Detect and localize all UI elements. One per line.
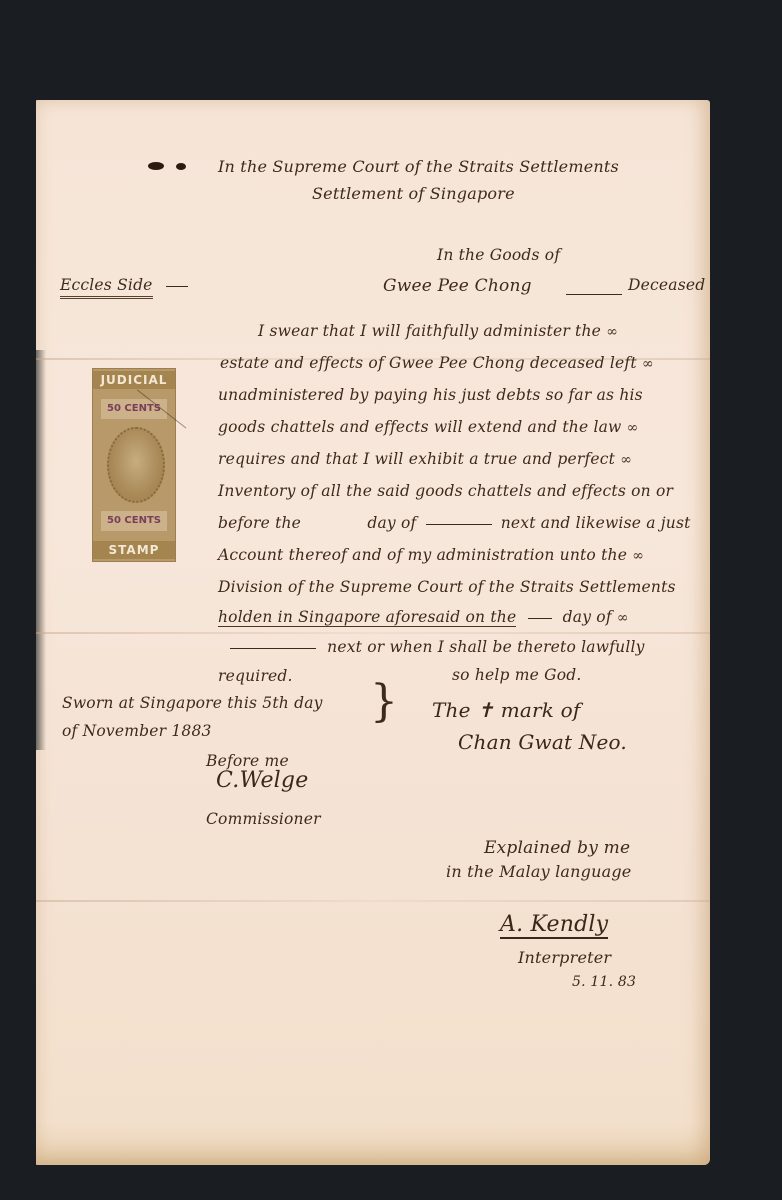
oath-line: Account thereof and of my administration… (218, 546, 644, 564)
court-heading: In the Supreme Court of the Straits Sett… (218, 157, 619, 176)
interpreter-date: 5. 11. 83 (572, 974, 636, 990)
oath-line: next or when I shall be thereto lawfully (230, 638, 645, 656)
oath-line: requires and that I will exhibit a true … (218, 450, 632, 468)
line-filler-icon: ∞ (620, 452, 632, 468)
deceased-name: Gwee Pee Chong (383, 276, 532, 296)
oath-line: estate and effects of Gwee Pee Chong dec… (220, 354, 654, 372)
stamp-top-label: JUDICIAL (93, 371, 175, 389)
judicial-stamp: JUDICIAL 50 CENTS 50 CENTS STAMP (92, 368, 176, 562)
deceased-label: Deceased (628, 276, 705, 294)
fold-line (36, 900, 710, 902)
oath-line: unadministered by paying his just debts … (218, 386, 643, 404)
fold-line (36, 632, 710, 634)
oath-line: goods chattels and effects will extend a… (218, 418, 639, 436)
interpreter-signature: A. Kendly (500, 912, 608, 939)
sworn-date-line: of November 1883 (62, 722, 212, 740)
side-label: Eccles Side (60, 276, 188, 294)
language-line: in the Malay language (446, 862, 631, 881)
sworn-line: Sworn at Singapore this 5th day (62, 694, 323, 712)
commissioner-title: Commissioner (206, 810, 321, 828)
deponent-name: Chan Gwat Neo. (458, 730, 627, 754)
interpreter-title: Interpreter (518, 948, 611, 967)
cancellation-mark (82, 390, 187, 500)
oath-line: required. (218, 667, 293, 685)
brace-icon: } (370, 676, 398, 727)
document-page (36, 100, 710, 1165)
line-filler-icon: ∞ (627, 420, 639, 436)
oath-line: I swear that I will faithfully administe… (258, 322, 618, 340)
oath-line: before the day of next and likewise a ju… (218, 514, 691, 532)
stamp-value-bottom: 50 CENTS (101, 511, 167, 531)
ink-blot (176, 163, 186, 170)
explained-line: Explained by me (484, 838, 630, 858)
stamp-bottom-label: STAMP (93, 541, 175, 559)
blank-month-2 (230, 648, 316, 649)
blank-day (528, 618, 552, 619)
name-rule (566, 284, 622, 303)
blank-month (426, 524, 492, 525)
line-filler-icon: ∞ (642, 356, 654, 372)
oath-line: Division of the Supreme Court of the Str… (218, 578, 676, 596)
commissioner-signature: C.Welge (216, 768, 308, 793)
torn-edge-shadow (36, 350, 46, 750)
dash (166, 286, 188, 287)
line-filler-icon: ∞ (606, 324, 618, 340)
goods-intro: In the Goods of (437, 246, 560, 264)
so-help-me-god: so help me God. (452, 666, 582, 684)
oath-line: holden in Singapore aforesaid on the day… (218, 608, 629, 626)
side-label-text: Eccles Side (60, 276, 153, 299)
mark-line: The ✝ mark of (432, 698, 581, 722)
line-filler-icon: ∞ (617, 610, 629, 626)
settlement-heading: Settlement of Singapore (312, 184, 515, 203)
oath-line: Inventory of all the said goods chattels… (218, 482, 673, 500)
line-filler-icon: ∞ (632, 548, 644, 564)
ink-blot (148, 162, 164, 170)
